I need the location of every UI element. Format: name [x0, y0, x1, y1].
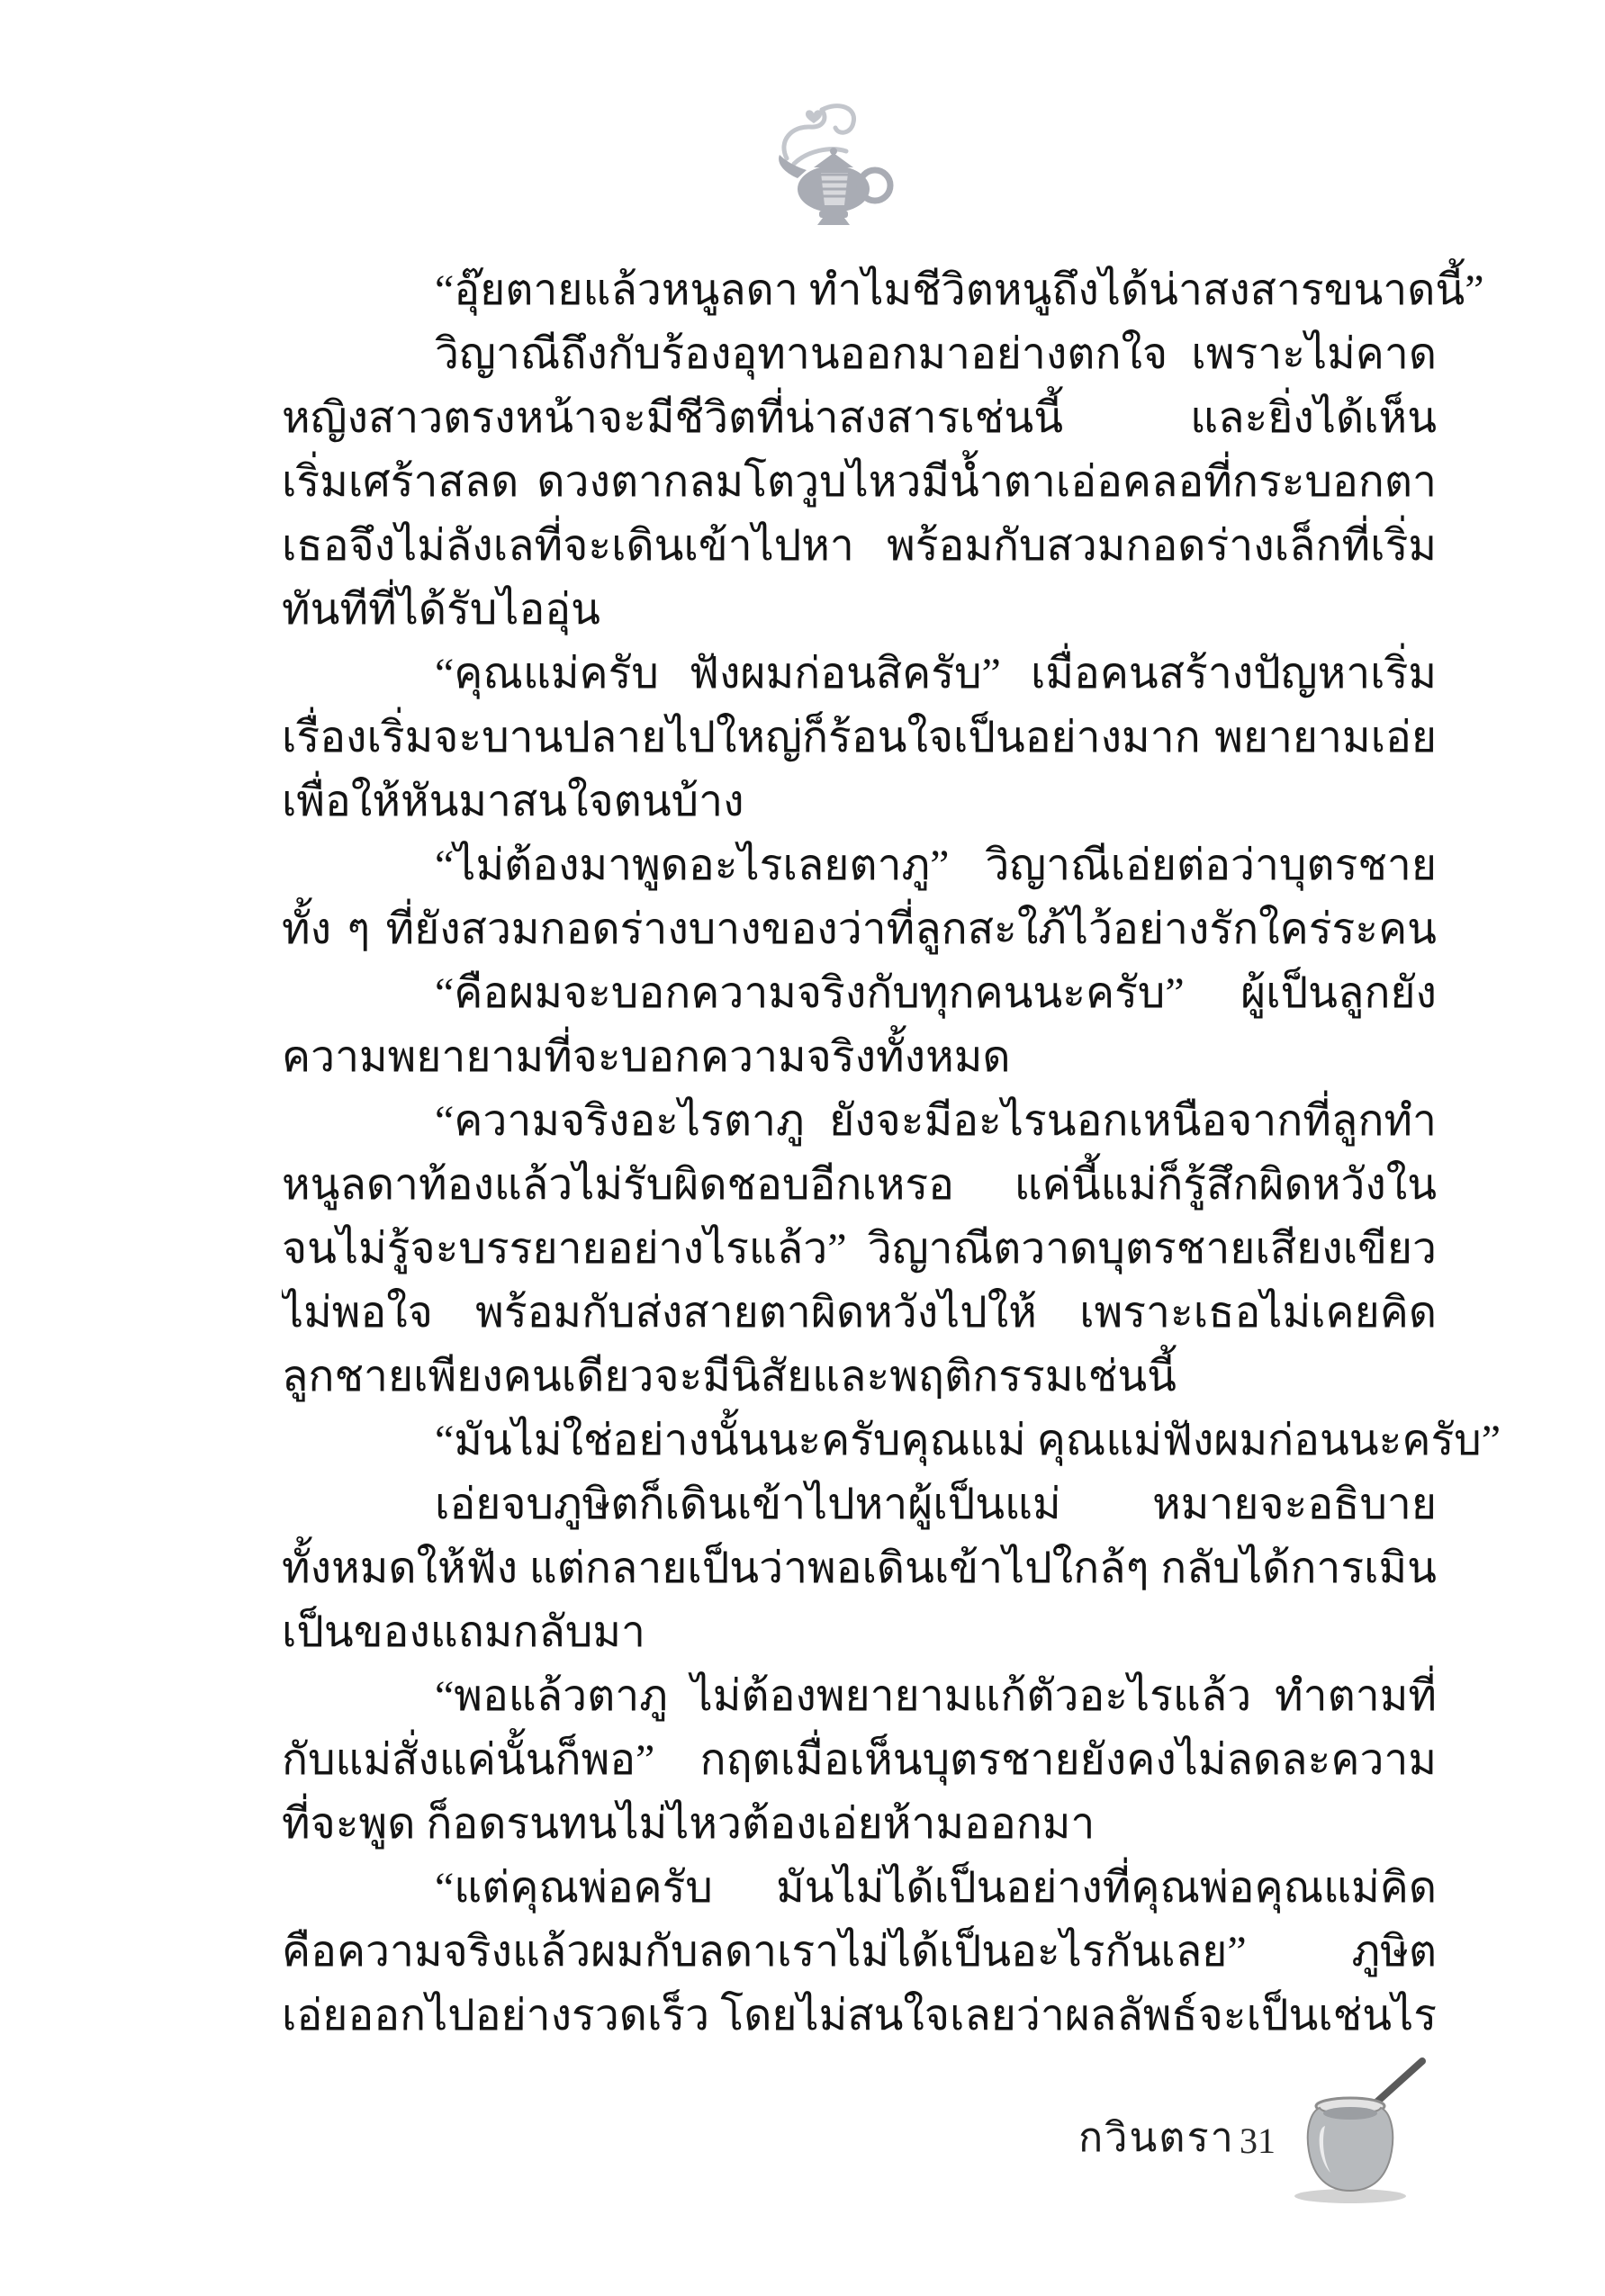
- text-line: ทั้ง ๆ ที่ยังสวมกอดร่างบางของว่าที่ลูกสะ…: [282, 897, 1437, 961]
- text-line: “มันไม่ใช่อย่างนั้นนะครับคุณแม่ คุณแม่ฟั…: [282, 1409, 1437, 1472]
- text-line: ทันทีที่ได้รับไออุ่น: [282, 578, 1437, 642]
- text-line: กับแม่สั่งแค่นั้นก็พอ” กฤตเมื่อเห็นบุตรช…: [282, 1728, 1437, 1792]
- pot-body: [1308, 2098, 1393, 2191]
- text-line: “อุ๊ยตายแล้วหนูลดา ทำไมชีวิตหนูถึงได้น่า…: [282, 258, 1437, 322]
- body-text: “อุ๊ยตายแล้วหนูลดา ทำไมชีวิตหนูถึงได้น่า…: [282, 258, 1437, 2048]
- text-line: จนไม่รู้จะบรรยายอย่างไรแล้ว” วิญาณีตวาดบ…: [282, 1217, 1437, 1281]
- text-line: เริ่มเศร้าสลด ดวงตากลมโตวูบไหวมีน้ำตาเอ่…: [282, 450, 1437, 514]
- text-line: ที่จะพูด ก็อดรนทนไม่ไหวต้องเอ่ยห้ามออกมา: [282, 1792, 1437, 1856]
- text-line: “คุณแม่ครับ ฟังผมก่อนสิครับ” เมื่อคนสร้า…: [282, 642, 1437, 706]
- lamp-body: [779, 148, 890, 225]
- text-line: “พอแล้วตาภู ไม่ต้องพยายามแก้ตัวอะไรแล้ว …: [282, 1664, 1437, 1728]
- text-line: ทั้งหมดให้ฟัง แต่กลายเป็นว่าพอเดินเข้าไป…: [282, 1536, 1437, 1600]
- footer-page-number: 31: [1240, 2120, 1276, 2163]
- book-page: “อุ๊ยตายแล้วหนูลดา ทำไมชีวิตหนูถึงได้น่า…: [0, 0, 1605, 2296]
- genie-lamp-ornament-icon: [767, 99, 907, 236]
- text-line: “คือผมจะบอกความจริงกับทุกคนนะครับ” ผู้เป…: [282, 961, 1437, 1025]
- text-line: หญิงสาวตรงหน้าจะมีชีวิตที่น่าสงสารเช่นนี…: [282, 386, 1437, 450]
- heart-icon: [806, 110, 822, 123]
- text-line: ไม่พอใจ พร้อมกับส่งสายตาผิดหวังไปให้ เพร…: [282, 1281, 1437, 1345]
- text-line: หนูลดาท้องแล้วไม่รับผิดชอบอีกเหรอ แค่นี้…: [282, 1153, 1437, 1217]
- text-line: คือความจริงแล้วผมกับลดาเราไม่ได้เป็นอะไร…: [282, 1920, 1437, 1984]
- text-line: เพื่อให้หันมาสนใจตนบ้าง: [282, 770, 1437, 833]
- honey-pot-dipper-icon: [1285, 2054, 1434, 2205]
- text-line: เธอจึงไม่ลังเลที่จะเดินเข้าไปหา พร้อมกับ…: [282, 514, 1437, 578]
- text-line: “ไม่ต้องมาพูดอะไรเลยตาภู” วิญาณีเอ่ยต่อว…: [282, 833, 1437, 897]
- text-line: เป็นของแถมกลับมา: [282, 1600, 1437, 1664]
- text-line: เอ่ยจบภูษิตก็เดินเข้าไปหาผู้เป็นแม่ หมาย…: [282, 1472, 1437, 1536]
- text-line: “แต่คุณพ่อครับ มันไม่ได้เป็นอย่างที่คุณพ…: [282, 1856, 1437, 1920]
- footer-book-title: กวินตรา: [1078, 2114, 1235, 2161]
- text-line: “ความจริงอะไรตาภู ยังจะมีอะไรนอกเหนือจาก…: [282, 1089, 1437, 1153]
- text-line: ลูกชายเพียงคนเดียวจะมีนิสัยและพฤติกรรมเช…: [282, 1345, 1437, 1409]
- text-line: วิญาณีถึงกับร้องอุทานออกมาอย่างตกใจ เพรา…: [282, 322, 1437, 386]
- text-line: ความพยายามที่จะบอกความจริงทั้งหมด: [282, 1025, 1437, 1089]
- text-line: เอ่ยออกไปอย่างรวดเร็ว โดยไม่สนใจเลยว่าผล…: [282, 1984, 1437, 2048]
- text-line: เรื่องเริ่มจะบานปลายไปใหญ่ก็ร้อนใจเป็นอย…: [282, 706, 1437, 770]
